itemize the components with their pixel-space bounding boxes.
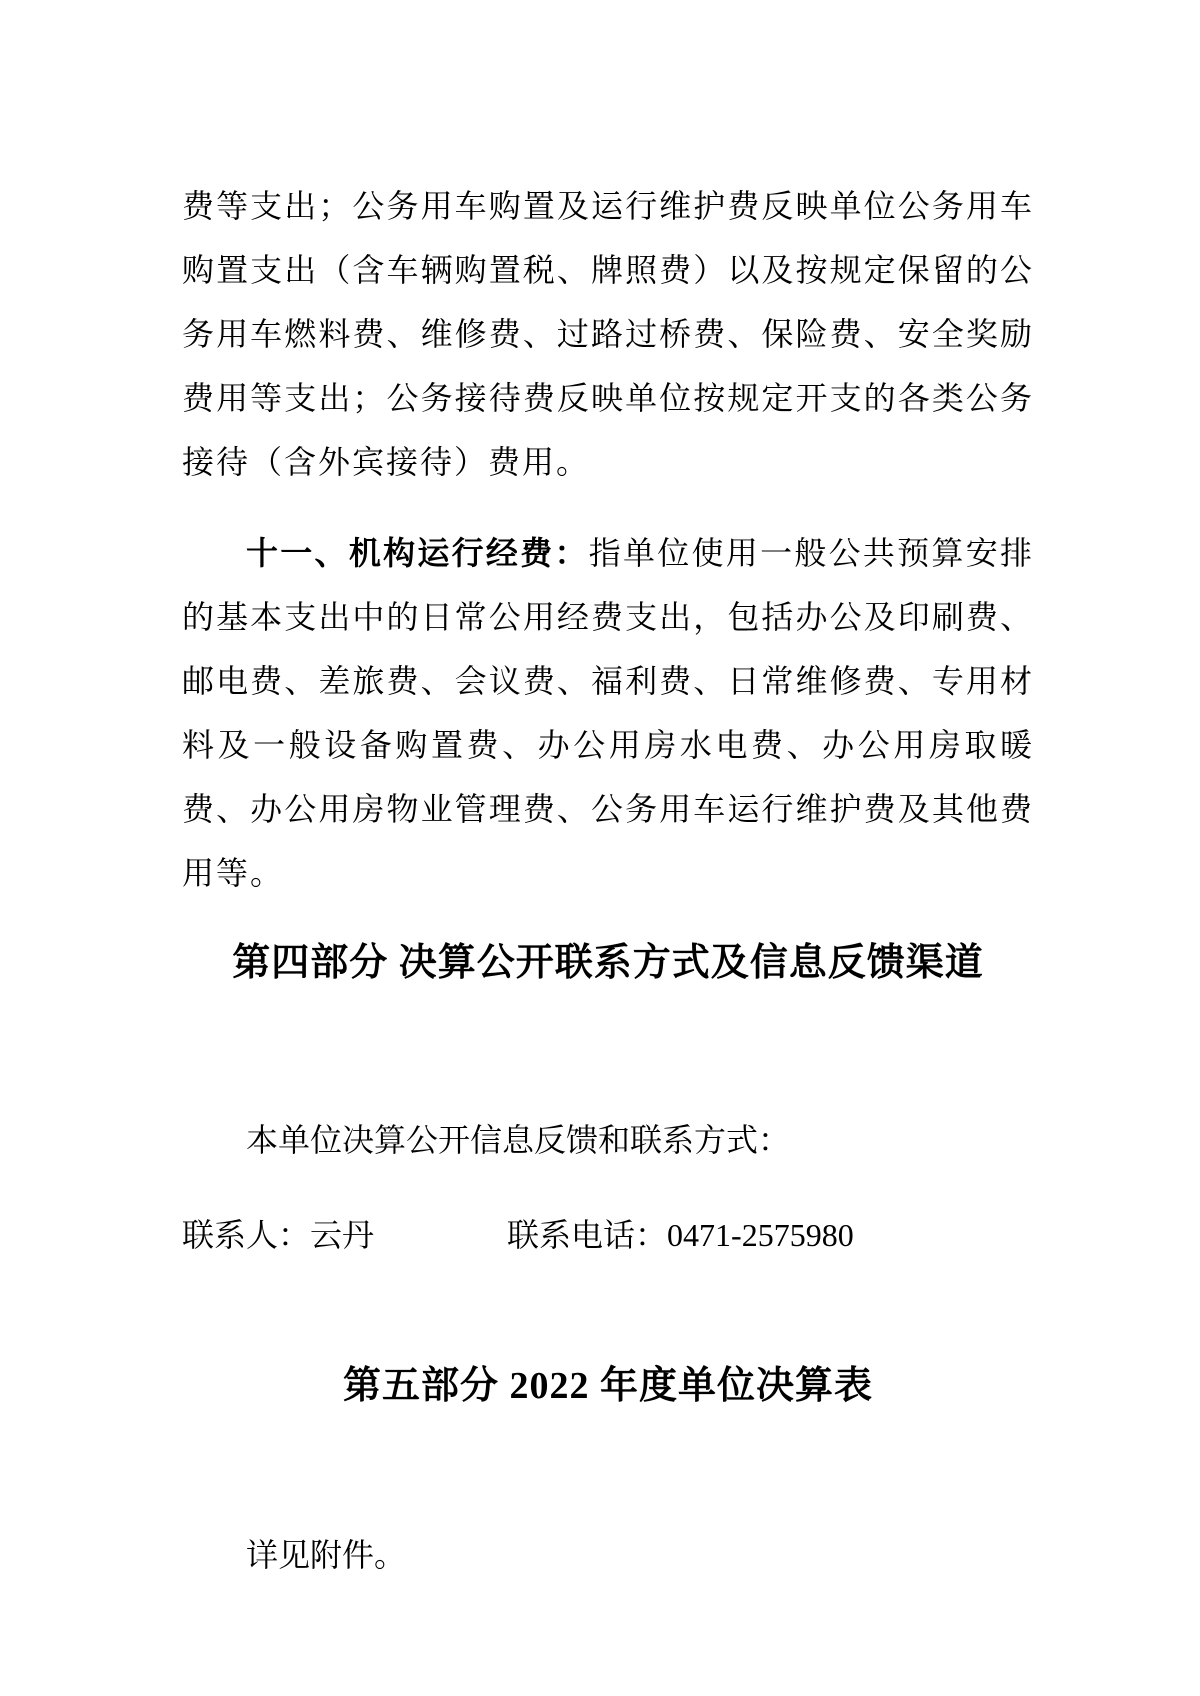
section4-heading: 第四部分 决算公开联系方式及信息反馈渠道 bbox=[182, 939, 1034, 987]
paragraph-operating-expenses-body: 指单位使用一般公共预算安排的基本支出中的日常公用经费支出，包括办公及印刷费、邮电… bbox=[182, 535, 1034, 891]
contact-person-label: 联系人： bbox=[182, 1217, 310, 1253]
contact-person-name: 云丹 bbox=[310, 1217, 374, 1253]
section5-heading: 第五部分 2022 年度单位决算表 bbox=[182, 1362, 1034, 1410]
document-page: 费等支出；公务用车购置及运行维护费反映单位公务用车购置支出（含车辆购置税、牌照费… bbox=[0, 0, 1200, 1696]
paragraph-operating-expenses-lead: 十一、机构运行经费： bbox=[246, 535, 589, 571]
paragraph-operating-expenses: 十一、机构运行经费：指单位使用一般公共预算安排的基本支出中的日常公用经费支出，包… bbox=[182, 521, 1034, 905]
contact-phone-label: 联系电话： bbox=[507, 1217, 667, 1253]
contact-intro-line: 本单位决算公开信息反馈和联系方式： bbox=[182, 1108, 1082, 1172]
contact-phone-number: 0471-2575980 bbox=[667, 1217, 854, 1253]
contact-line: 联系人：云丹联系电话：0471-2575980 bbox=[182, 1203, 1082, 1267]
paragraph-vehicle-and-reception-expenses: 费等支出；公务用车购置及运行维护费反映单位公务用车购置支出（含车辆购置税、牌照费… bbox=[182, 174, 1034, 494]
attachment-note-line: 详见附件。 bbox=[182, 1523, 1082, 1587]
